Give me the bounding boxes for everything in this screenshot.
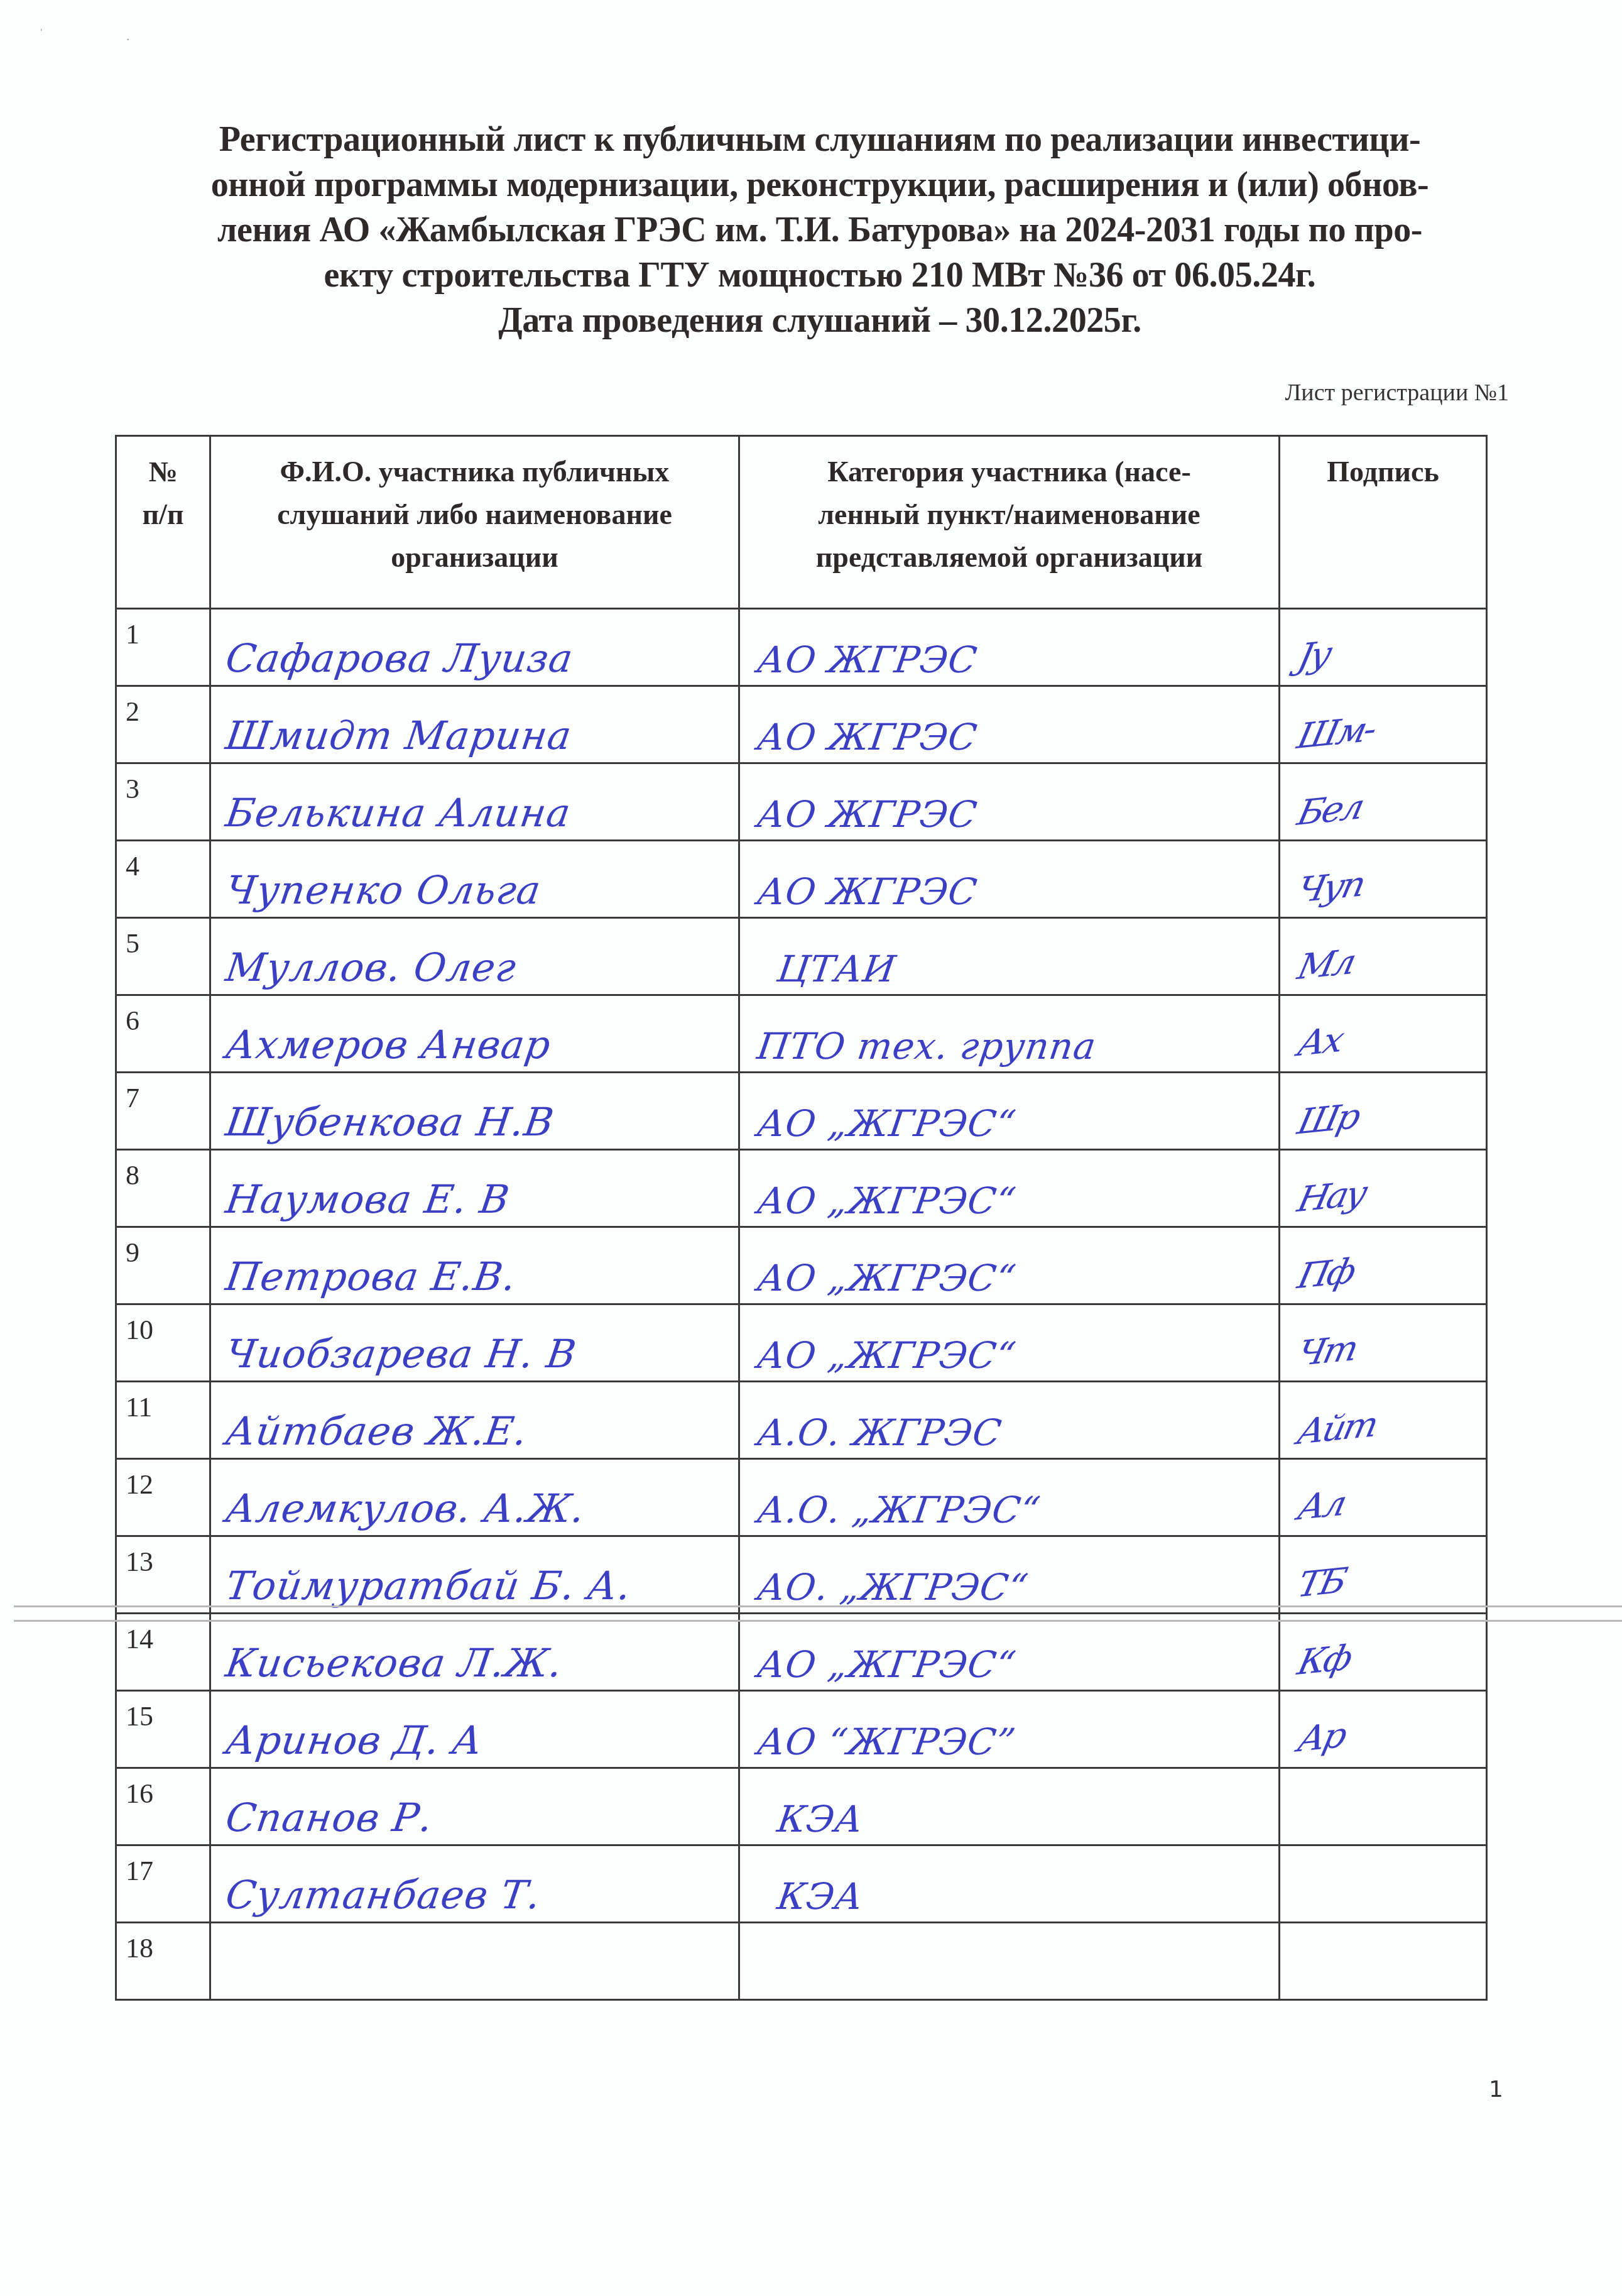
participant-organization: ПТО тех. группа — [754, 1025, 1099, 1068]
cell-signature[interactable]: Бел — [1280, 763, 1487, 841]
table-row: 18 — [116, 1923, 1487, 2000]
participant-signature: Шм- — [1293, 709, 1378, 757]
cell-category[interactable]: АО. „ЖГРЭС“ — [739, 1536, 1280, 1614]
table-row: 6Ахмеров АнварПТО тех. группаАх — [116, 995, 1487, 1073]
header-text: п/п — [117, 493, 209, 536]
participant-organization: А.О. ЖГРЭС — [754, 1411, 1004, 1454]
cell-name[interactable]: Спанов Р. — [210, 1768, 739, 1845]
participant-signature: Ар — [1294, 1715, 1348, 1761]
title-line: ления АО «Жамбылская ГРЭС им. Т.И. Батур… — [144, 207, 1495, 253]
participant-name: Петрова Е.В. — [223, 1254, 520, 1299]
cell-name[interactable]: Ахмеров Анвар — [210, 995, 739, 1073]
cell-category[interactable]: А.О. ЖГРЭС — [739, 1382, 1280, 1459]
row-number: 15 — [117, 1692, 209, 1732]
cell-category[interactable]: КЭА — [739, 1768, 1280, 1845]
cell-num: 9 — [116, 1227, 210, 1304]
scan-artifact: ˈ — [39, 25, 43, 41]
cell-name[interactable]: Шубенкова Н.В — [210, 1073, 739, 1150]
cell-category[interactable]: АО “ЖГРЭС” — [739, 1691, 1280, 1768]
cell-num: 3 — [116, 763, 210, 841]
header-text: № — [117, 451, 209, 493]
cell-num: 2 — [116, 686, 210, 763]
cell-signature[interactable] — [1280, 1923, 1487, 2000]
table-row: 10Чиобзарева Н. ВАО „ЖГРЭС“Чт — [116, 1304, 1487, 1382]
cell-category[interactable]: ПТО тех. группа — [739, 995, 1280, 1073]
row-number: 4 — [117, 841, 209, 882]
participant-name: Аринов Д. А — [223, 1717, 486, 1763]
row-number: 8 — [117, 1151, 209, 1191]
sheet-label: Лист регистрации №1 — [1285, 379, 1509, 407]
cell-name[interactable] — [210, 1923, 739, 2000]
participant-name: Наумова Е. В — [223, 1176, 513, 1222]
participant-organization: АО „ЖГРЭС“ — [754, 1102, 1019, 1145]
cell-category[interactable]: ЦТАИ — [739, 918, 1280, 995]
title-line: екту строительства ГТУ мощностью 210 МВт… — [144, 253, 1495, 298]
participant-signature: Мл — [1294, 942, 1358, 988]
cell-signature[interactable]: Нау — [1280, 1150, 1487, 1227]
participant-name: Шубенкова Н.В — [223, 1099, 557, 1145]
header-text: представляемой организации — [740, 536, 1278, 579]
table-body: 1Сафарова ЛуизаАО ЖГРЭСJу2Шмидт МаринаАО… — [116, 609, 1487, 2000]
header-text: Категория участника (насе- — [740, 451, 1278, 493]
participant-name: Чиобзарева Н. В — [223, 1331, 579, 1377]
cell-category[interactable] — [739, 1923, 1280, 2000]
row-number: 10 — [117, 1305, 209, 1346]
table-row: 3Белькина АлинаАО ЖГРЭСБел — [116, 763, 1487, 841]
cell-num: 14 — [116, 1614, 210, 1691]
cell-category[interactable]: АО „ЖГРЭС“ — [739, 1304, 1280, 1382]
table-row: 11Айтбаев Ж.Е.А.О. ЖГРЭСАйт — [116, 1382, 1487, 1459]
participant-signature: Ал — [1294, 1484, 1348, 1529]
cell-name[interactable]: Кисьекова Л.Ж. — [210, 1614, 739, 1691]
participant-name: Муллов. Олег — [223, 944, 520, 990]
table-row: 4Чупенко ОльгаАО ЖГРЭСЧуп — [116, 841, 1487, 918]
participant-signature: Jу — [1294, 634, 1333, 678]
cell-signature[interactable]: Ах — [1280, 995, 1487, 1073]
cell-num: 10 — [116, 1304, 210, 1382]
participant-signature: Шр — [1294, 1096, 1363, 1142]
cell-num: 6 — [116, 995, 210, 1073]
table-row: 9Петрова Е.В.АО „ЖГРЭС“Пф — [116, 1227, 1487, 1304]
cell-category[interactable]: АО ЖГРЭС — [739, 763, 1280, 841]
cell-category[interactable]: А.О. „ЖГРЭС“ — [739, 1459, 1280, 1536]
header-text: слушаний либо наименование — [211, 493, 738, 536]
row-number: 18 — [117, 1923, 209, 1964]
participant-organization: АО „ЖГРЭС“ — [754, 1257, 1019, 1299]
participant-organization: АО ЖГРЭС — [754, 638, 980, 681]
participant-organization: АО ЖГРЭС — [754, 716, 980, 758]
table-header-row: № п/п Ф.И.О. участника публичных слушани… — [116, 436, 1487, 609]
cell-name[interactable]: Султанбаев Т. — [210, 1845, 739, 1923]
table-row: 14Кисьекова Л.Ж.АО „ЖГРЭС“Кф — [116, 1614, 1487, 1691]
table-row: 13Тоймуратбай Б. А.АО. „ЖГРЭС“ТБ — [116, 1536, 1487, 1614]
cell-num: 1 — [116, 609, 210, 686]
cell-name[interactable]: Наумова Е. В — [210, 1150, 739, 1227]
cell-num: 17 — [116, 1845, 210, 1923]
cell-num: 5 — [116, 918, 210, 995]
participant-signature: Чуп — [1293, 864, 1367, 911]
row-number: 2 — [117, 687, 209, 728]
cell-signature[interactable]: Шр — [1280, 1073, 1487, 1150]
header-signature: Подпись — [1280, 436, 1487, 609]
row-number: 12 — [117, 1460, 209, 1501]
participant-name: Чупенко Ольга — [223, 867, 544, 913]
table-row: 17Султанбаев Т.КЭА — [116, 1845, 1487, 1923]
cell-category[interactable]: АО „ЖГРЭС“ — [739, 1073, 1280, 1150]
cell-category[interactable]: АО „ЖГРЭС“ — [739, 1150, 1280, 1227]
cell-name[interactable]: Сафарова Луиза — [210, 609, 739, 686]
header-text: Ф.И.О. участника публичных — [211, 451, 738, 493]
cell-num: 11 — [116, 1382, 210, 1459]
table-row: 8Наумова Е. ВАО „ЖГРЭС“Нау — [116, 1150, 1487, 1227]
row-number: 9 — [117, 1228, 209, 1269]
table-row: 15Аринов Д. ААО “ЖГРЭС”Ар — [116, 1691, 1487, 1768]
cell-signature[interactable] — [1280, 1768, 1487, 1845]
cell-num: 12 — [116, 1459, 210, 1536]
header-text: организации — [211, 536, 738, 579]
participant-signature: Чт — [1294, 1328, 1360, 1375]
participant-signature: Ах — [1294, 1020, 1346, 1065]
cell-num: 4 — [116, 841, 210, 918]
participant-signature: Пф — [1294, 1251, 1358, 1297]
participant-organization: АО ЖГРЭС — [754, 870, 980, 913]
participant-name: Белькина Алина — [223, 790, 574, 836]
cell-signature[interactable]: Ал — [1280, 1459, 1487, 1536]
scan-artifact-line — [14, 1620, 1622, 1622]
participant-name: Сафарова Луиза — [223, 635, 576, 681]
table-row: 7Шубенкова Н.ВАО „ЖГРЭС“Шр — [116, 1073, 1487, 1150]
participant-signature: Кф — [1294, 1637, 1354, 1683]
participant-organization: АО ЖГРЭС — [754, 793, 980, 836]
participant-signature: Нау — [1293, 1173, 1369, 1220]
row-number: 3 — [117, 764, 209, 805]
cell-signature[interactable]: Кф — [1280, 1614, 1487, 1691]
cell-signature[interactable]: ТБ — [1280, 1536, 1487, 1614]
participant-signature: Бел — [1294, 787, 1366, 834]
header-name: Ф.И.О. участника публичных слушаний либо… — [210, 436, 739, 609]
row-number: 11 — [117, 1382, 209, 1423]
cell-name[interactable]: Аринов Д. А — [210, 1691, 739, 1768]
participant-name: Султанбаев Т. — [223, 1872, 544, 1918]
participant-name: Алемкулов. А.Ж. — [223, 1485, 588, 1531]
participant-organization: АО „ЖГРЭС“ — [754, 1179, 1019, 1222]
cell-category[interactable]: АО ЖГРЭС — [739, 841, 1280, 918]
participant-signature: ТБ — [1294, 1560, 1349, 1605]
cell-signature[interactable]: Jу — [1280, 609, 1487, 686]
header-text: ленный пункт/наименование — [740, 493, 1278, 536]
registration-table: № п/п Ф.И.О. участника публичных слушани… — [115, 435, 1488, 2001]
participant-organization: АО “ЖГРЭС” — [754, 1720, 1018, 1763]
cell-num: 7 — [116, 1073, 210, 1150]
header-num: № п/п — [116, 436, 210, 609]
page-number: 1 — [1489, 2077, 1503, 2102]
cell-num: 15 — [116, 1691, 210, 1768]
cell-name[interactable]: Шмидт Марина — [210, 686, 739, 763]
table-row: 2Шмидт МаринаАО ЖГРЭСШм- — [116, 686, 1487, 763]
cell-num: 16 — [116, 1768, 210, 1845]
hearing-date: Дата проведения слушаний – 30.12.2025г. — [144, 298, 1495, 343]
cell-signature[interactable]: Айт — [1280, 1382, 1487, 1459]
cell-name[interactable]: Чупенко Ольга — [210, 841, 739, 918]
participant-name: Кисьекова Л.Ж. — [223, 1640, 565, 1686]
cell-name[interactable]: Чиобзарева Н. В — [210, 1304, 739, 1382]
row-number: 17 — [117, 1846, 209, 1887]
cell-category[interactable]: АО „ЖГРЭС“ — [739, 1614, 1280, 1691]
participant-signature: Айт — [1293, 1404, 1380, 1453]
title-line: онной программы модернизации, реконструк… — [144, 162, 1495, 207]
row-number: 7 — [117, 1073, 209, 1114]
header-category: Категория участника (насе- ленный пункт/… — [739, 436, 1280, 609]
cell-category[interactable]: АО ЖГРЭС — [739, 686, 1280, 763]
cell-signature[interactable]: Шм- — [1280, 686, 1487, 763]
cell-name[interactable]: Петрова Е.В. — [210, 1227, 739, 1304]
cell-signature[interactable]: Чт — [1280, 1304, 1487, 1382]
participant-name: Тоймуратбай Б. А. — [223, 1563, 634, 1609]
participant-organization: АО „ЖГРЭС“ — [754, 1643, 1019, 1686]
participant-name: Шмидт Марина — [223, 713, 575, 758]
table-row: 16Спанов Р.КЭА — [116, 1768, 1487, 1845]
cell-num: 13 — [116, 1536, 210, 1614]
row-number: 13 — [117, 1537, 209, 1578]
participant-organization: ЦТАИ — [775, 948, 898, 990]
cell-category[interactable]: АО ЖГРЭС — [739, 609, 1280, 686]
cell-name[interactable]: Муллов. Олег — [210, 918, 739, 995]
participant-name: Спанов Р. — [223, 1795, 436, 1840]
table-row: 12Алемкулов. А.Ж.А.О. „ЖГРЭС“Ал — [116, 1459, 1487, 1536]
row-number: 5 — [117, 919, 209, 959]
cell-signature[interactable]: Пф — [1280, 1227, 1487, 1304]
cell-category[interactable]: КЭА — [739, 1845, 1280, 1923]
cell-signature[interactable]: Чуп — [1280, 841, 1487, 918]
title-line: Регистрационный лист к публичным слушани… — [144, 117, 1495, 162]
cell-name[interactable]: Айтбаев Ж.Е. — [210, 1382, 739, 1459]
participant-organization: АО „ЖГРЭС“ — [754, 1334, 1019, 1377]
cell-name[interactable]: Алемкулов. А.Ж. — [210, 1459, 739, 1536]
cell-signature[interactable]: Ар — [1280, 1691, 1487, 1768]
cell-num: 8 — [116, 1150, 210, 1227]
cell-category[interactable]: АО „ЖГРЭС“ — [739, 1227, 1280, 1304]
participant-name: Ахмеров Анвар — [223, 1022, 554, 1068]
scan-artifact: · — [126, 31, 130, 48]
participant-organization: КЭА — [775, 1798, 866, 1840]
cell-name[interactable]: Белькина Алина — [210, 763, 739, 841]
participant-organization: АО. „ЖГРЭС“ — [754, 1566, 1031, 1609]
cell-signature[interactable] — [1280, 1845, 1487, 1923]
header-text: Подпись — [1280, 451, 1486, 493]
table-row: 5Муллов. ОлегЦТАИМл — [116, 918, 1487, 995]
cell-name[interactable]: Тоймуратбай Б. А. — [210, 1536, 739, 1614]
table-row: 1Сафарова ЛуизаАО ЖГРЭСJу — [116, 609, 1487, 686]
participant-organization: КЭА — [775, 1875, 866, 1918]
participant-organization: А.О. „ЖГРЭС“ — [754, 1489, 1043, 1531]
cell-signature[interactable]: Мл — [1280, 918, 1487, 995]
row-number: 6 — [117, 996, 209, 1037]
document-title: Регистрационный лист к публичным слушани… — [144, 117, 1495, 343]
scan-artifact-line — [14, 1605, 1622, 1607]
participant-name: Айтбаев Ж.Е. — [223, 1408, 531, 1454]
row-number: 16 — [117, 1769, 209, 1810]
row-number: 1 — [117, 610, 209, 650]
cell-num: 18 — [116, 1923, 210, 2000]
